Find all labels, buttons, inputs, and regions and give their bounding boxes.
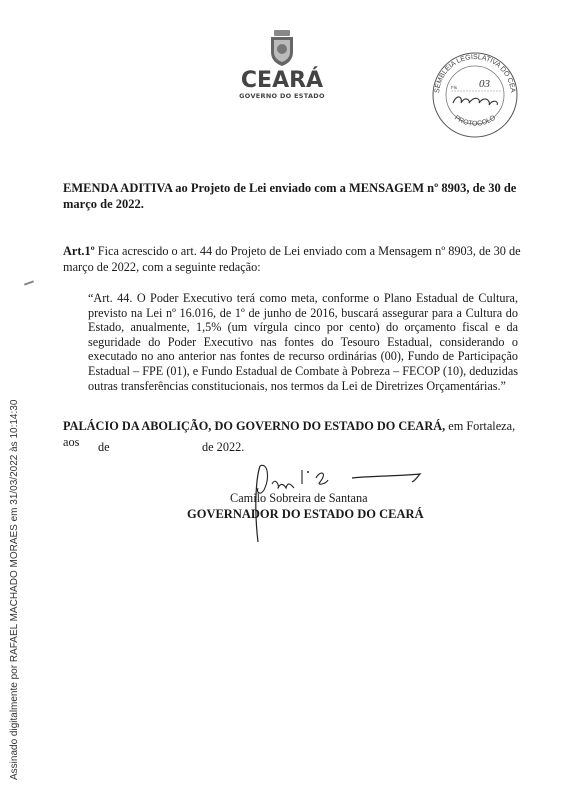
amendment-title: EMENDA ADITIVA ao Projeto de Lei enviado… <box>63 180 523 212</box>
digital-signature-note: Assinado digitalmente por RAFAEL MACHADO… <box>9 400 20 780</box>
article-label: Art.1º <box>63 244 95 258</box>
ceara-logo: CEARÁ GOVERNO DO ESTADO <box>232 28 332 128</box>
svg-text:03: 03 <box>479 78 491 90</box>
article-1: Art.1º Fica acrescido o art. 44 do Proje… <box>63 244 523 275</box>
date-de-1: de <box>98 440 110 455</box>
date-de-2: de 2022. <box>202 440 244 455</box>
signer-role: GOVERNADOR DO ESTADO DO CEARÁ <box>187 507 424 522</box>
svg-text:Fls: Fls <box>451 85 458 90</box>
closing-statement: PALÁCIO DA ABOLIÇÃO, DO GOVERNO DO ESTAD… <box>63 418 533 450</box>
quoted-article-44: “Art. 44. O Poder Executivo terá como me… <box>88 291 518 393</box>
svg-text:PROTOCOLO: PROTOCOLO <box>453 114 497 128</box>
signer-name: Camilo Sobreira de Santana <box>230 491 368 506</box>
state-crest-icon <box>267 28 297 68</box>
protocol-stamp: ASSEMBLEIA LEGISLATIVA DO CEARÁ PROTOCOL… <box>425 45 525 140</box>
closing-bold: PALÁCIO DA ABOLIÇÃO, DO GOVERNO DO ESTAD… <box>63 419 445 433</box>
scan-mark <box>24 280 34 285</box>
logo-wordmark: CEARÁ <box>232 70 332 92</box>
logo-subtitle: GOVERNO DO ESTADO <box>232 92 332 100</box>
article-text: Fica acrescido o art. 44 do Projeto de L… <box>63 244 521 274</box>
